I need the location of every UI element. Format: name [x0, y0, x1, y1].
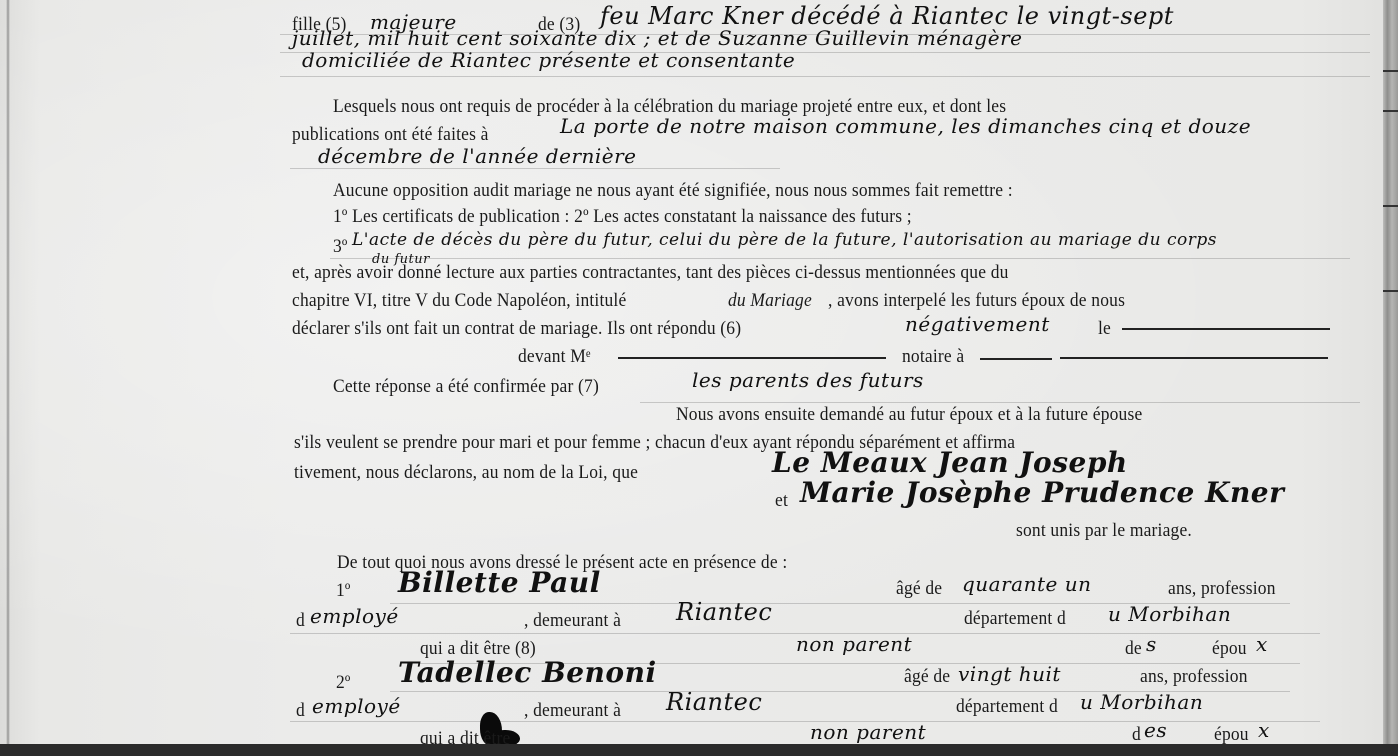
- handwritten-negativement: négativement: [905, 312, 1050, 336]
- witness-2-departement: u Morbihan: [1080, 690, 1203, 714]
- printed-sont-unis: sont unis par le mariage.: [1016, 520, 1192, 542]
- blank-line: [618, 357, 886, 359]
- witness-1-departement: u Morbihan: [1108, 602, 1231, 626]
- page-binding-edge: [1383, 0, 1398, 744]
- witness-2-epou: x: [1258, 718, 1270, 742]
- witness-2-demeurant-label: , demeurant à: [524, 700, 621, 722]
- printed-et: et: [775, 490, 788, 512]
- witness-1-des: s: [1146, 632, 1157, 656]
- witness-2-epou-label: épou: [1214, 724, 1249, 744]
- witness-2-relation-label: qui a dit être: [420, 728, 510, 744]
- witness-1-profession: employé: [310, 604, 399, 628]
- printed-item3: 3º: [333, 236, 348, 258]
- page-fold-shadow: [6, 0, 10, 744]
- witness-2-number: 2º: [336, 672, 351, 694]
- witness-1-name: Billette Paul: [398, 566, 601, 599]
- witness-2-relation: non parent: [810, 720, 926, 744]
- witness-2-des-label: d: [1132, 724, 1141, 744]
- printed-interpele: , avons interpelé les futurs époux de no…: [828, 290, 1125, 312]
- handwritten-groom-name: Le Meaux Jean Joseph: [772, 446, 1128, 479]
- witness-2-departement-label: département d: [956, 696, 1058, 718]
- printed-le: le: [1098, 318, 1111, 340]
- printed-contrat: déclarer s'ils ont fait un contrat de ma…: [292, 318, 741, 340]
- handwritten-mother-domicile: domiciliée de Riantec présente et consen…: [302, 48, 795, 72]
- printed-certificats: 1º Les certificats de publication : 2º L…: [333, 206, 912, 228]
- witness-1-demeurant-label: , demeurant à: [524, 610, 621, 632]
- ruled-line: [330, 258, 1350, 259]
- printed-chapitre: chapitre VI, titre V du Code Napoléon, i…: [292, 290, 626, 312]
- printed-du-mariage: du Mariage: [728, 290, 812, 312]
- printed-lecture: et, après avoir donné lecture aux partie…: [292, 262, 1009, 284]
- witness-2-profession-label: ans, profession: [1140, 666, 1248, 688]
- witness-2-des: es: [1144, 718, 1167, 742]
- ruled-line: [280, 76, 1370, 77]
- printed-publications: publications ont été faites à: [292, 124, 489, 146]
- witness-1-epou: x: [1256, 632, 1268, 656]
- witness-1-age-label: âgé de: [896, 578, 942, 600]
- witness-2-age-label: âgé de: [904, 666, 950, 688]
- blank-line: [1060, 357, 1328, 359]
- scanned-register-page: fille (5) majeure de (3) feu Marc Kner d…: [0, 0, 1398, 744]
- printed-declarons: tivement, nous déclarons, au nom de la L…: [294, 462, 638, 484]
- printed-aucune-opposition: Aucune opposition audit mariage ne nous …: [333, 180, 1013, 202]
- printed-confirmee: Cette réponse a été confirmée par (7): [333, 376, 599, 398]
- ruled-line: [640, 402, 1360, 403]
- handwritten-publications-place: La porte de notre maison commune, les di…: [560, 114, 1251, 138]
- printed-devant: devant Mᵉ: [518, 346, 591, 368]
- witness-1-relation: non parent: [796, 632, 912, 656]
- witness-1-departement-label: département d: [964, 608, 1066, 630]
- witness-1-profession-label: ans, profession: [1168, 578, 1276, 600]
- handwritten-bride-name: Marie Josèphe Prudence Kner: [800, 476, 1284, 509]
- handwritten-item3: L'acte de décès du père du futur, celui …: [352, 230, 1217, 250]
- witness-1-d: d: [296, 610, 305, 632]
- witness-2-profession: employé: [312, 694, 401, 718]
- viewer-bottom-bar: [0, 744, 1398, 756]
- witness-2-name: Tadellec Benoni: [398, 656, 657, 689]
- witness-2-d: d: [296, 700, 305, 722]
- handwritten-confirmee-par: les parents des futurs: [692, 368, 924, 392]
- printed-notaire: notaire à: [902, 346, 964, 368]
- blank-line: [1122, 328, 1330, 330]
- witness-1-des-label: de: [1125, 638, 1142, 660]
- blank-line: [980, 358, 1052, 360]
- witness-1-age: quarante un: [962, 572, 1091, 596]
- handwritten-father-death-date: juillet, mil huit cent soixante dix ; et…: [292, 26, 1022, 50]
- witness-1-epou-label: épou: [1212, 638, 1247, 660]
- witness-2-age: vingt huit: [958, 662, 1061, 686]
- handwritten-publications-date: décembre de l'année dernière: [318, 144, 637, 168]
- witness-2-town: Riantec: [666, 688, 762, 716]
- printed-nous-avons: Nous avons ensuite demandé au futur épou…: [676, 404, 1142, 426]
- witness-1-town: Riantec: [676, 598, 772, 626]
- ruled-line: [290, 168, 780, 169]
- witness-1-number: 1º: [336, 580, 351, 602]
